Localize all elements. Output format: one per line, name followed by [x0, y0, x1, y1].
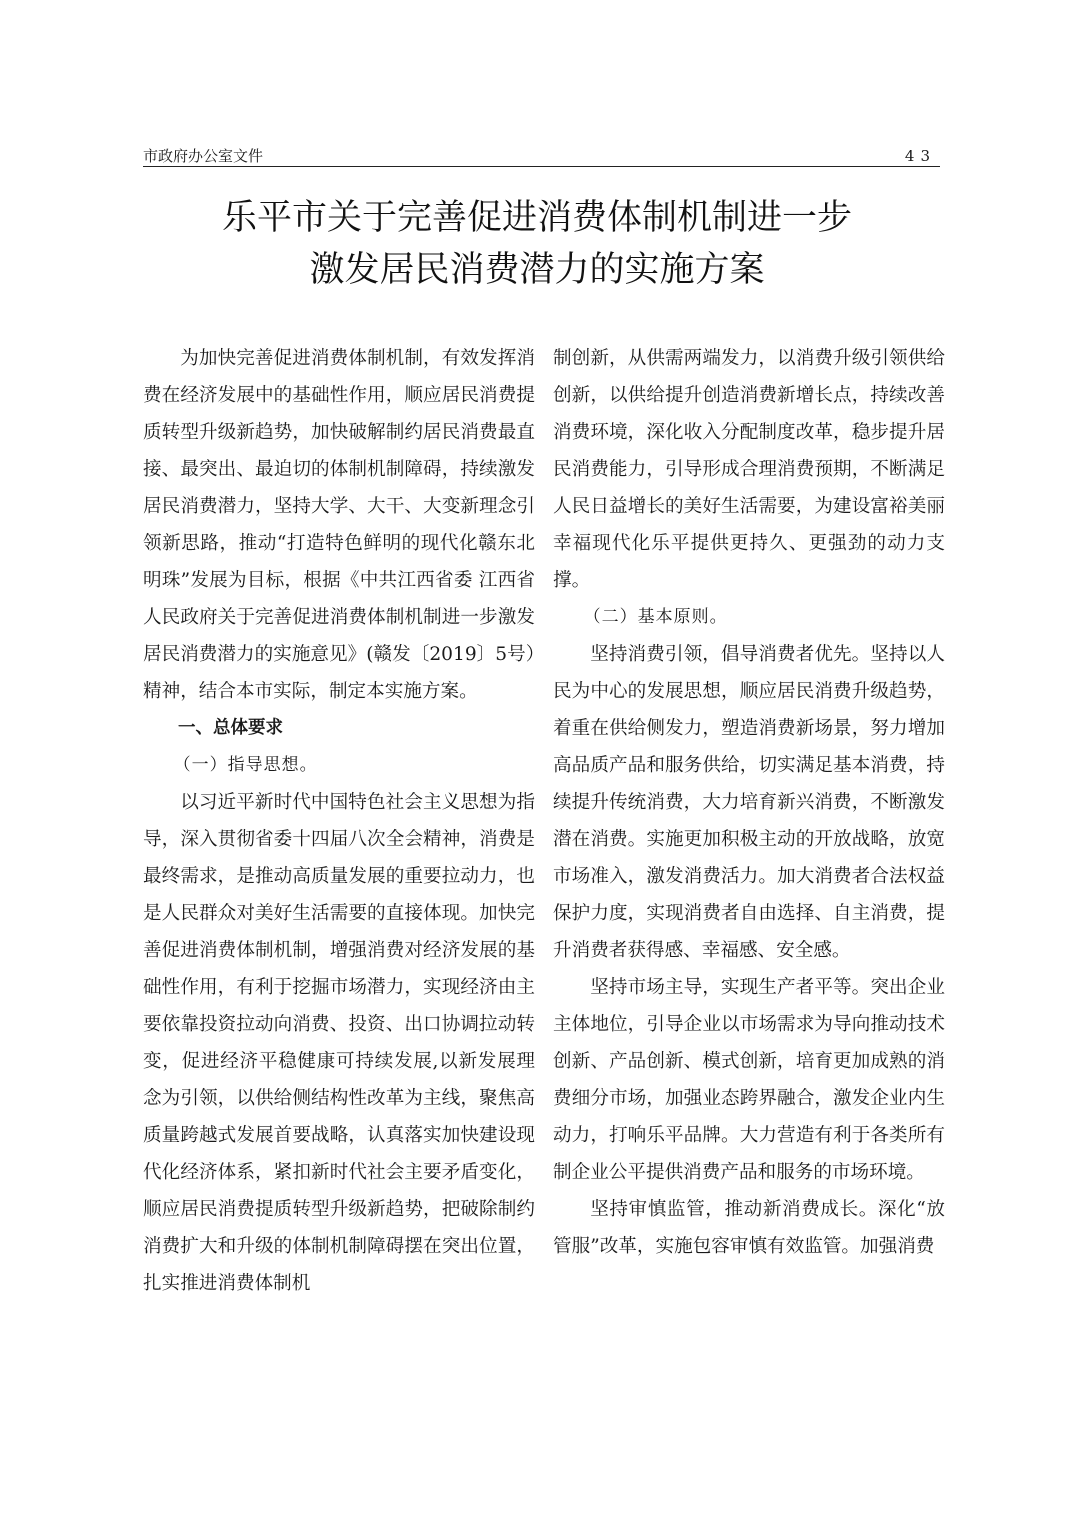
- subsection-heading-basic-principles: （二）基本原则。: [553, 599, 945, 636]
- principle-prudent-regulation: 坚持审慎监管，推动新消费成长。深化“放管服”改革，实施包容审慎有效监管。加强消费: [553, 1191, 945, 1265]
- principle-consumption-leading: 坚持消费引领，倡导消费者优先。坚持以人民为中心的发展思想，顺应居民消费升级趋势，…: [553, 636, 945, 969]
- section-heading-general-requirements: 一、总体要求: [143, 710, 535, 747]
- left-column: 为加快完善促进消费体制机制，有效发挥消费在经济发展中的基础性作用，顺应居民消费提…: [143, 340, 535, 1302]
- page-header: 市政府办公室文件 43: [143, 146, 940, 167]
- principle-market-led: 坚持市场主导，实现生产者平等。突出企业主体地位，引导企业以市场需求为导向推动技术…: [553, 969, 945, 1191]
- intro-paragraph: 为加快完善促进消费体制机制，有效发挥消费在经济发展中的基础性作用，顺应居民消费提…: [143, 340, 535, 710]
- right-column: 制创新，从供需两端发力，以消费升级引领供给创新，以供给提升创造消费新增长点，持续…: [553, 340, 945, 1265]
- title-line-1: 乐平市关于完善促进消费体制机制进一步: [0, 192, 1074, 244]
- title-line-2: 激发居民消费潜力的实施方案: [0, 244, 1074, 296]
- guiding-ideology-continued: 制创新，从供需两端发力，以消费升级引领供给创新，以供给提升创造消费新增长点，持续…: [553, 340, 945, 599]
- subsection-heading-guiding-ideology: （一）指导思想。: [143, 747, 535, 784]
- document-title: 乐平市关于完善促进消费体制机制进一步 激发居民消费潜力的实施方案: [0, 192, 1074, 296]
- guiding-ideology-paragraph: 以习近平新时代中国特色社会主义思想为指导，深入贯彻省委十四届八次全会精神，消费是…: [143, 784, 535, 1302]
- page-number: 43: [905, 146, 936, 166]
- header-office-label: 市政府办公室文件: [143, 146, 263, 166]
